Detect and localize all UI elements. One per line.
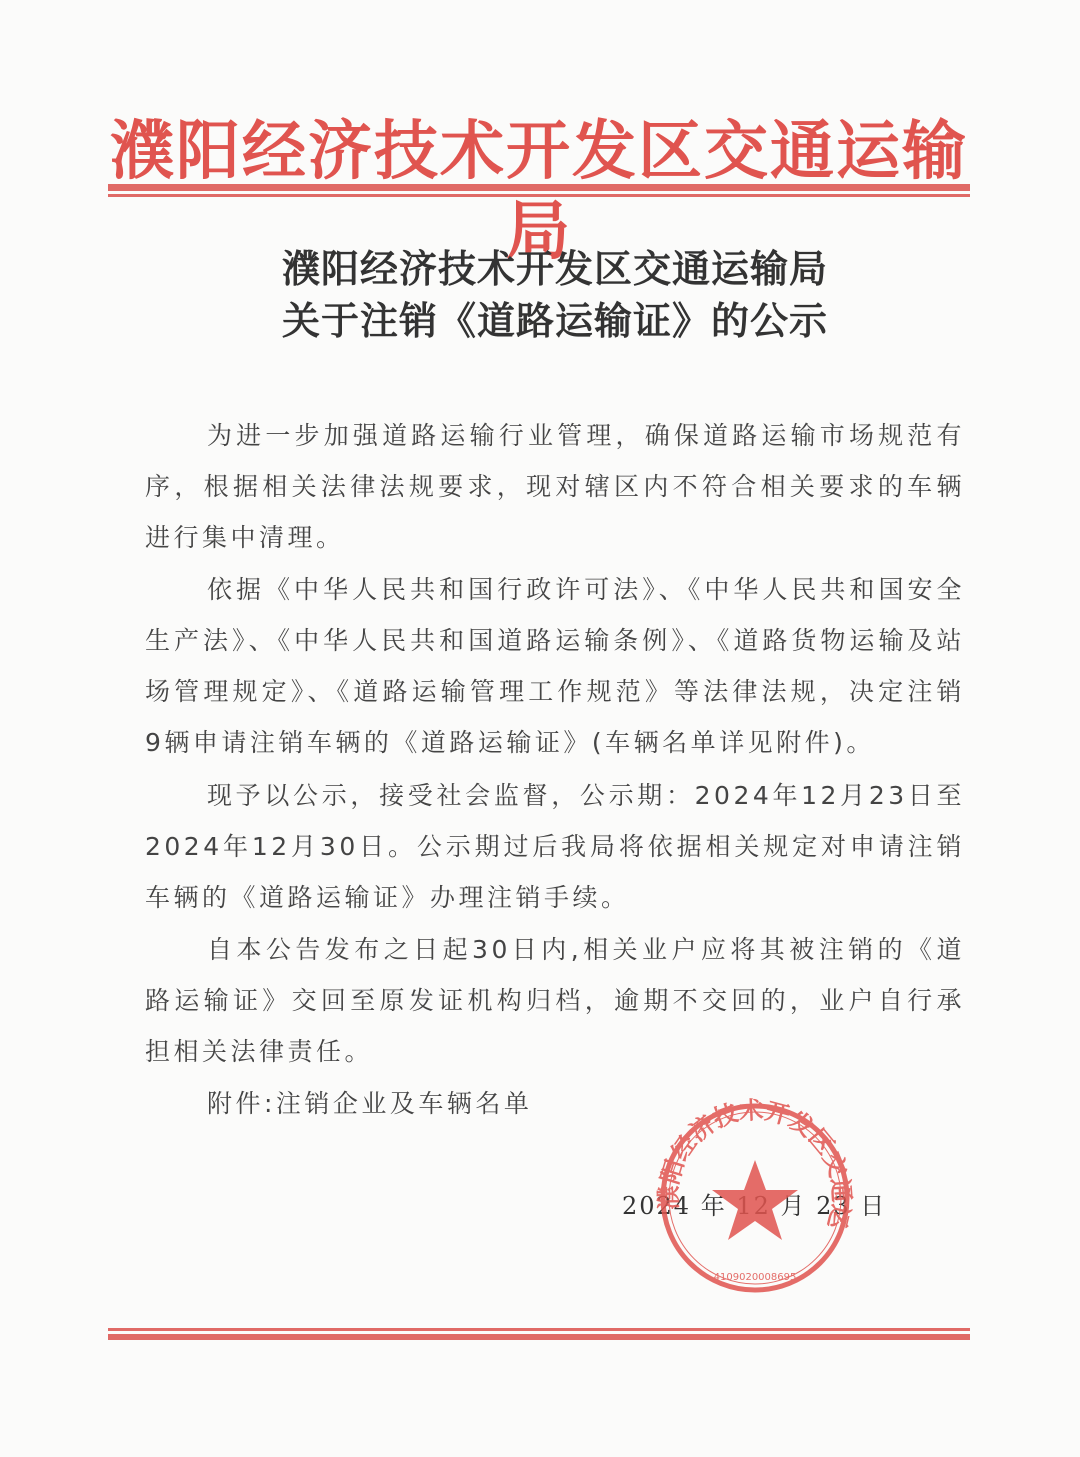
paragraph-text: 自本公告发布之日起30日内,相关业户应将其被注销的《道路运输证》交回至原发证机构… [145, 924, 965, 1077]
paragraph-text: 为进一步加强道路运输行业管理，确保道路运输市场规范有序，根据相关法律法规要求，现… [145, 410, 965, 563]
star-icon [712, 1160, 798, 1240]
official-seal-icon: 濮阳经济技术开发区交通运输局 4109020008695 [640, 1098, 870, 1298]
paragraph-text: 依据《中华人民共和国行政许可法》、《中华人民共和国安全生产法》、《中华人民共和国… [145, 564, 965, 768]
document-title-line-2: 关于注销《道路运输证》的公示 [200, 296, 910, 346]
paragraph-2: 依据《中华人民共和国行政许可法》、《中华人民共和国安全生产法》、《中华人民共和国… [145, 564, 965, 768]
document-title-line-1: 濮阳经济技术开发区交通运输局 [200, 244, 910, 294]
masthead-divider [108, 184, 970, 197]
paragraph-4: 自本公告发布之日起30日内,相关业户应将其被注销的《道路运输证》交回至原发证机构… [145, 924, 965, 1077]
seal-code: 4109020008695 [714, 1272, 797, 1283]
footer-divider [108, 1328, 970, 1340]
paragraph-3: 现予以公示，接受社会监督，公示期：2024年12月23日至2024年12月30日… [145, 770, 965, 923]
paragraph-1: 为进一步加强道路运输行业管理，确保道路运输市场规范有序，根据相关法律法规要求，现… [145, 410, 965, 563]
paragraph-text: 现予以公示，接受社会监督，公示期：2024年12月23日至2024年12月30日… [145, 770, 965, 923]
